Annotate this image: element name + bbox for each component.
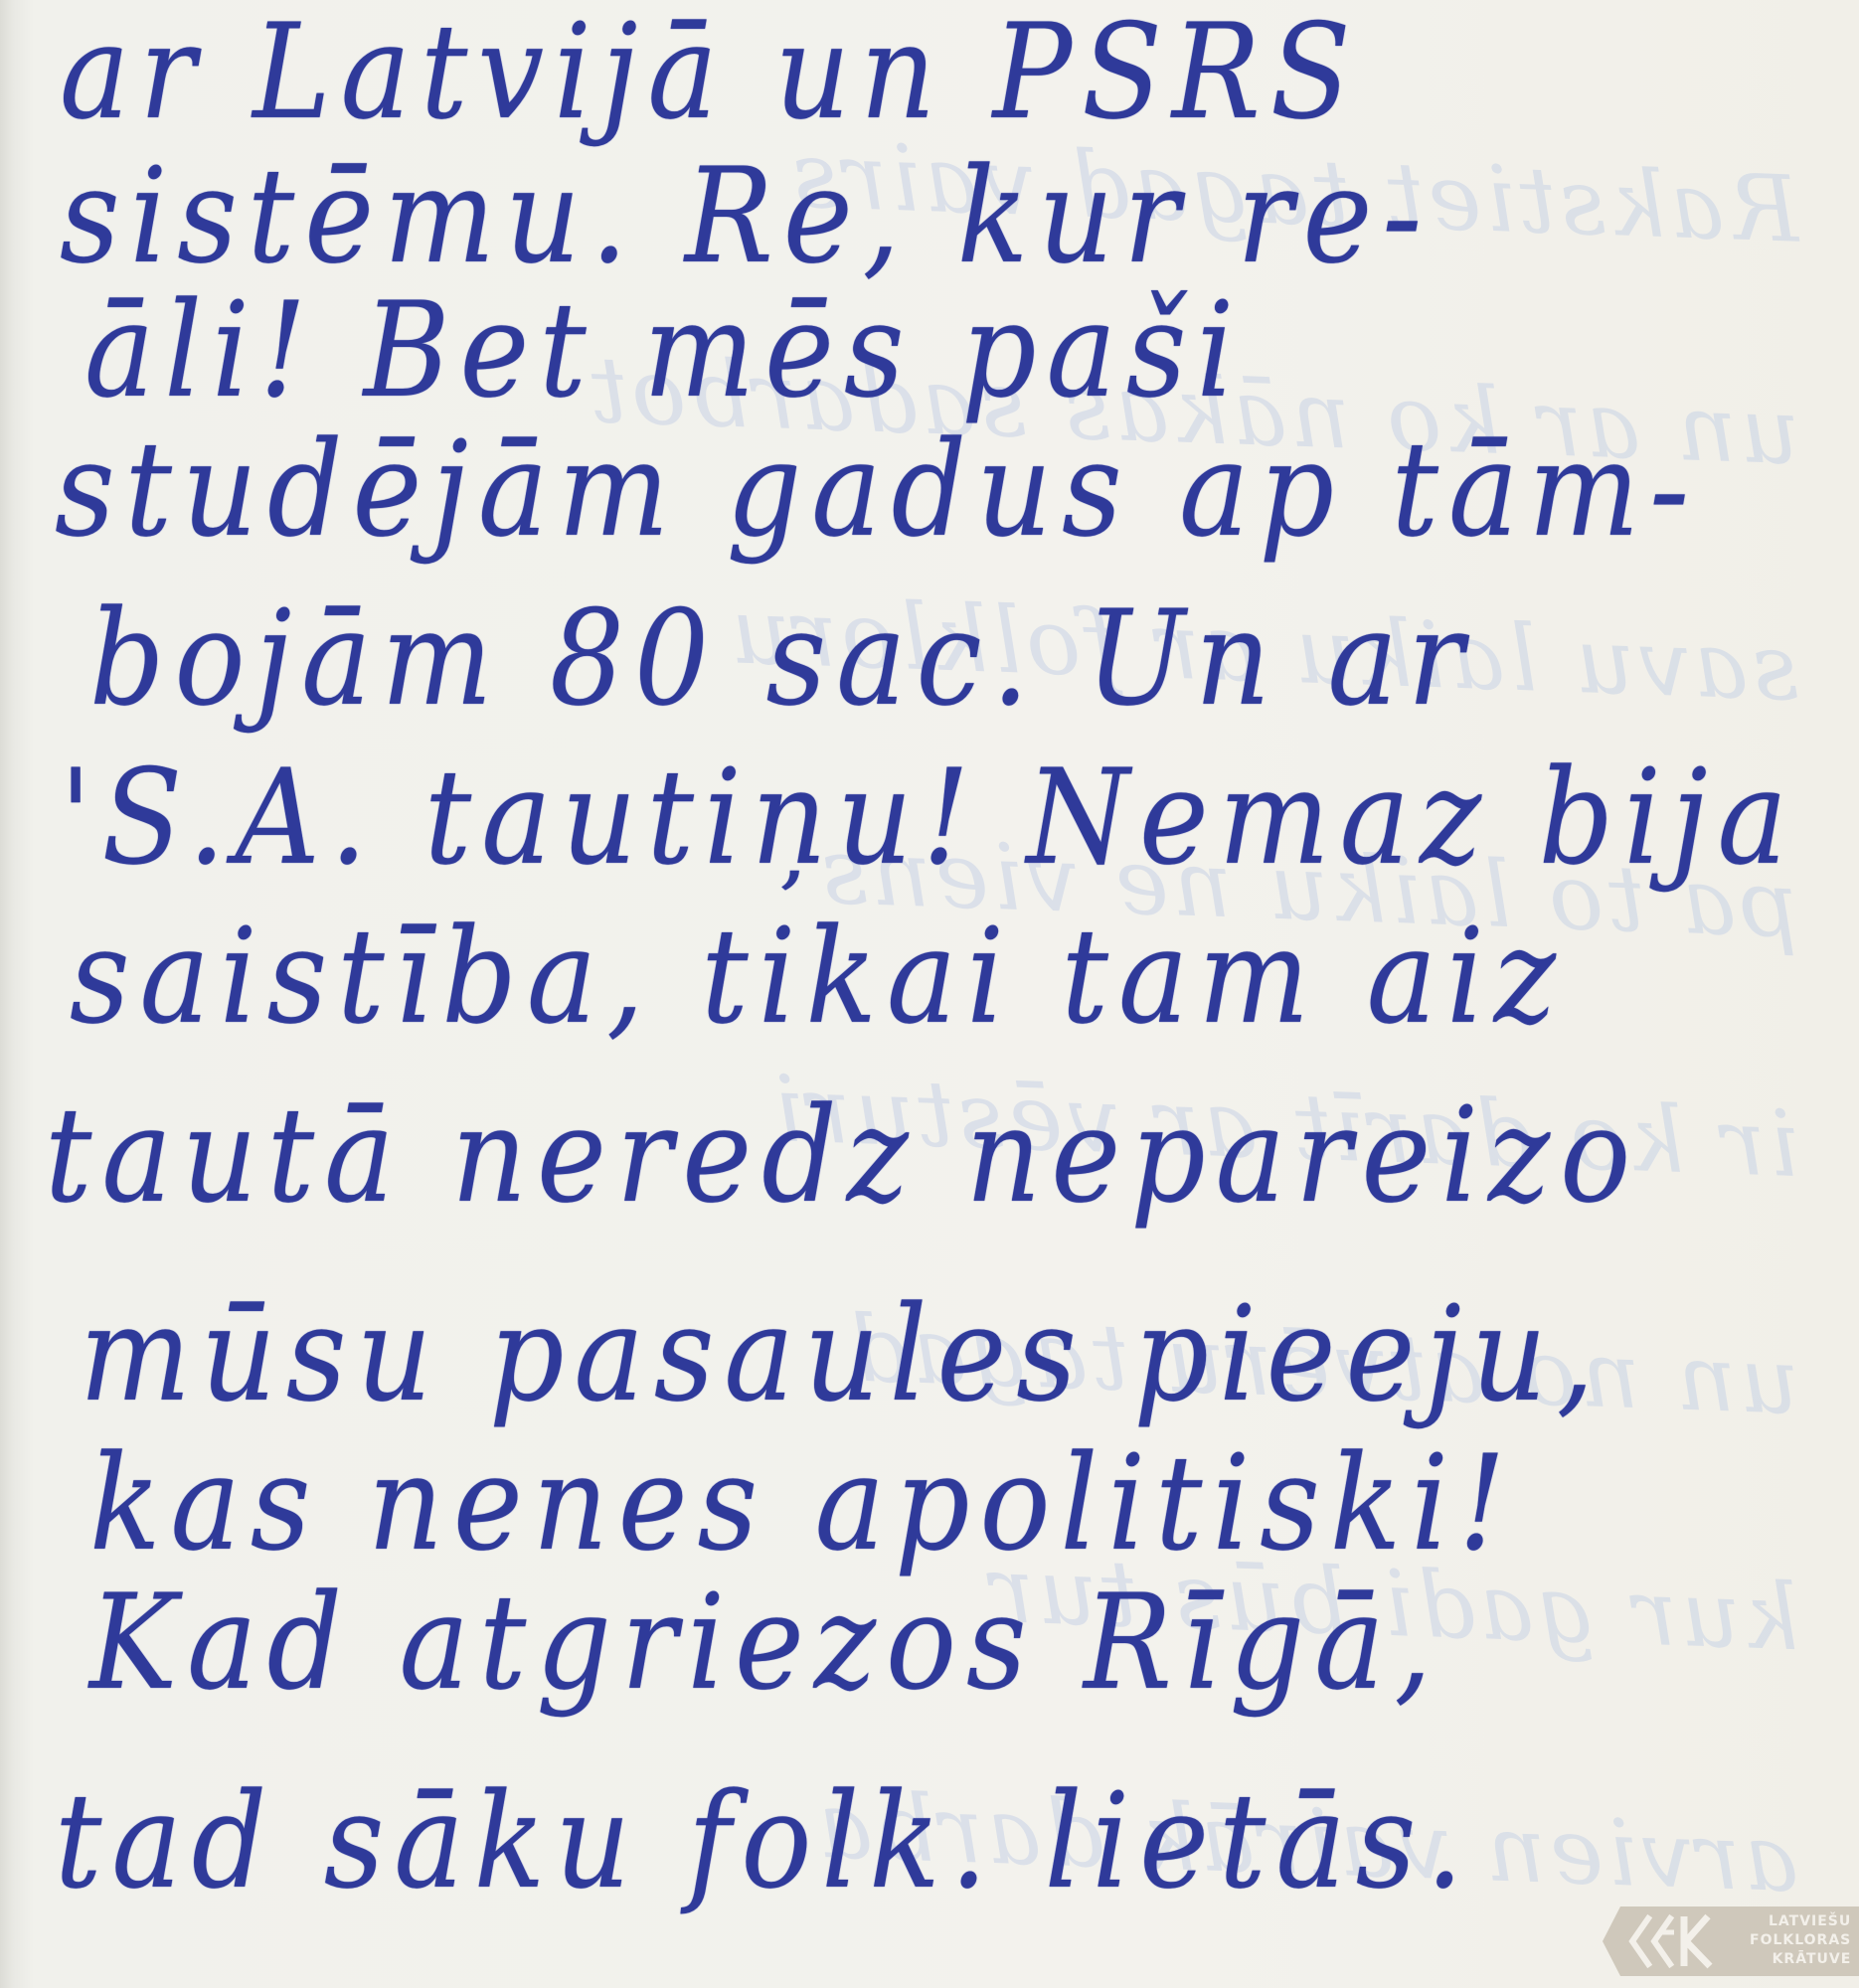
logo-text-line: LATVIEŠU	[1750, 1912, 1851, 1931]
folklore-archive-logo: LATVIEŠU FOLKLORAS KRĀTUVE	[1603, 1906, 1859, 1976]
logo-text-line: FOLKLORAS	[1750, 1931, 1851, 1950]
handwritten-line-8: tautā neredz nepareizo	[45, 1089, 1640, 1221]
handwritten-line-2: sistēmu. Re, kur re-	[60, 150, 1432, 281]
handwritten-line-6: 'S.A. tautiņu! Nemaz bija	[60, 751, 1797, 883]
lfk-logo-icon	[1624, 1912, 1724, 1970]
handwritten-line-11: Kad atgriezos Rīgā,	[89, 1576, 1441, 1708]
logo-text-line: KRĀTUVE	[1750, 1950, 1851, 1969]
handwritten-line-9: mūsu pasaules pieeju,	[80, 1288, 1604, 1419]
handwritten-line-4: studējām gadus ap tām-	[55, 423, 1699, 555]
logo-text: LATVIEŠU FOLKLORAS KRĀTUVE	[1750, 1912, 1851, 1969]
handwritten-line-10: kas nenes apolitiski!	[89, 1437, 1515, 1569]
handwritten-line-5: bojām 80 sac. Un ar	[89, 592, 1473, 724]
handwritten-line-3: āli! Bet mēs paši	[84, 284, 1244, 415]
handwritten-line-7: saistība, tikai tam aiz	[70, 911, 1566, 1042]
handwritten-line-12: tad sāku folk. lietās.	[55, 1775, 1473, 1906]
handwritten-line-1: ar Latvijā un PSRS	[60, 6, 1361, 137]
